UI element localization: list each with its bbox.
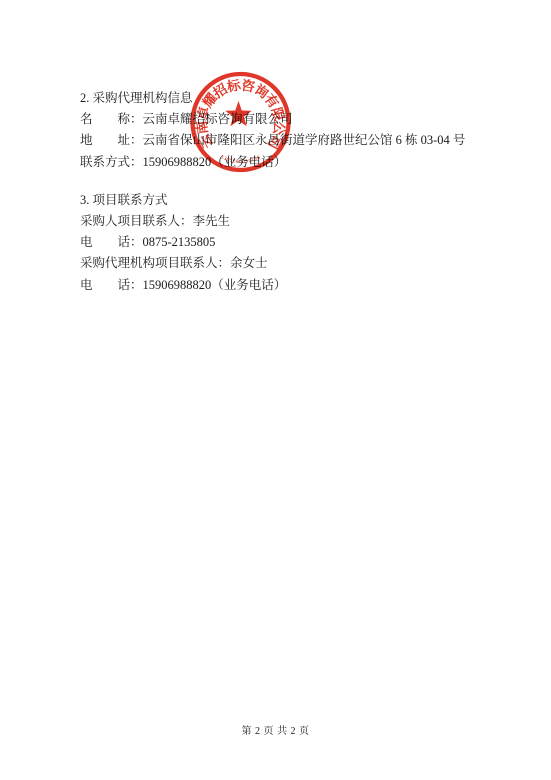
agency-project-contact-line: 采购代理机构项目联系人：余女士 — [80, 253, 465, 274]
buyer-project-contact-line: 采购人项目联系人：李先生 — [80, 211, 465, 232]
company-seal: 云南卓耀招标咨询有限公司 5305000031258 — [188, 69, 293, 175]
seal-star-icon — [225, 101, 252, 126]
agency-phone-line: 电 话：15906988820（业务电话） — [80, 275, 465, 296]
document-page: 2. 采购代理机构信息 名 称：云南卓耀招标咨询有限公司 地 址：云南省保山市隆… — [0, 0, 551, 780]
company-seal-graphic: 云南卓耀招标咨询有限公司 5305000031258 — [188, 69, 293, 175]
section-3-heading: 3. 项目联系方式 — [80, 190, 465, 211]
buyer-phone-line: 电 话：0875-2135805 — [80, 232, 465, 253]
seal-code-text: 5305000031258 — [219, 154, 261, 165]
page-footer: 第 2 页 共 2 页 — [0, 722, 551, 737]
seal-code: 5305000031258 — [219, 154, 261, 165]
